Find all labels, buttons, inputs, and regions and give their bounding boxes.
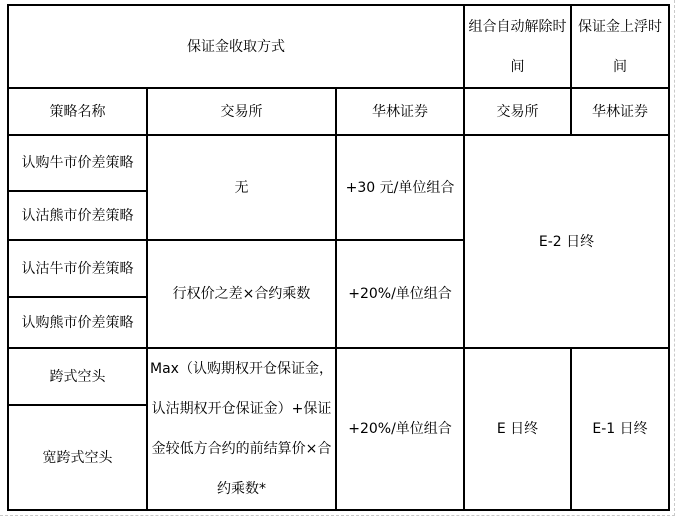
strategy-cell-short-straddle: 跨式空头 — [8, 348, 147, 405]
header-hualin-b-cell: 华林证券 — [571, 88, 669, 135]
strategy-cell-short-strangle: 宽跨式空头 — [8, 405, 147, 510]
header-margin-method-cell: 保证金收取方式 — [8, 5, 464, 88]
header-margin-float-time-cell: 保证金上浮时间 — [571, 5, 669, 88]
table-row: 跨式空头 Max（认购期权开仓保证金，认沽期权开仓保证金）+保证金较低方合约的前… — [8, 348, 669, 405]
group1-exchange-margin-cell: 无 — [147, 135, 336, 240]
strategy-cell-bear-put-spread: 认沽熊市价差策略 — [8, 191, 147, 240]
group3-float-time-cell: E-1 日终 — [571, 348, 669, 510]
group1-hualin-margin-cell: +30 元/单位组合 — [336, 135, 464, 240]
header-hualin-a-cell: 华林证券 — [336, 88, 464, 135]
group3-release-time-cell: E 日终 — [464, 348, 571, 510]
strategy-cell-bull-call-spread: 认购牛市价差策略 — [8, 135, 147, 191]
group3-hualin-margin-cell: +20%/单位组合 — [336, 348, 464, 510]
page: 保证金收取方式 组合自动解除时间 保证金上浮时间 策略名称 交易所 华林证券 交… — [0, 0, 675, 516]
header-exchange-a-cell: 交易所 — [147, 88, 336, 135]
margin-rules-table: 保证金收取方式 组合自动解除时间 保证金上浮时间 策略名称 交易所 华林证券 交… — [7, 4, 670, 511]
strategy-cell-bull-put-spread: 认沽牛市价差策略 — [8, 240, 147, 297]
header-row-2: 策略名称 交易所 华林证券 交易所 华林证券 — [8, 88, 669, 135]
header-strategy-name-cell: 策略名称 — [8, 88, 147, 135]
group2-exchange-margin-cell: 行权价之差×合约乘数 — [147, 240, 336, 348]
header-row-1: 保证金收取方式 组合自动解除时间 保证金上浮时间 — [8, 5, 669, 88]
groups12-release-time-cell: E-2 日终 — [464, 135, 669, 348]
strategy-cell-bear-call-spread: 认购熊市价差策略 — [8, 297, 147, 348]
group3-exchange-margin-cell: Max（认购期权开仓保证金，认沽期权开仓保证金）+保证金较低方合约的前结算价×合… — [147, 348, 336, 510]
header-auto-release-time-cell: 组合自动解除时间 — [464, 5, 571, 88]
group2-hualin-margin-cell: +20%/单位组合 — [336, 240, 464, 348]
header-exchange-b-cell: 交易所 — [464, 88, 571, 135]
table-row: 认购牛市价差策略 无 +30 元/单位组合 E-2 日终 — [8, 135, 669, 191]
